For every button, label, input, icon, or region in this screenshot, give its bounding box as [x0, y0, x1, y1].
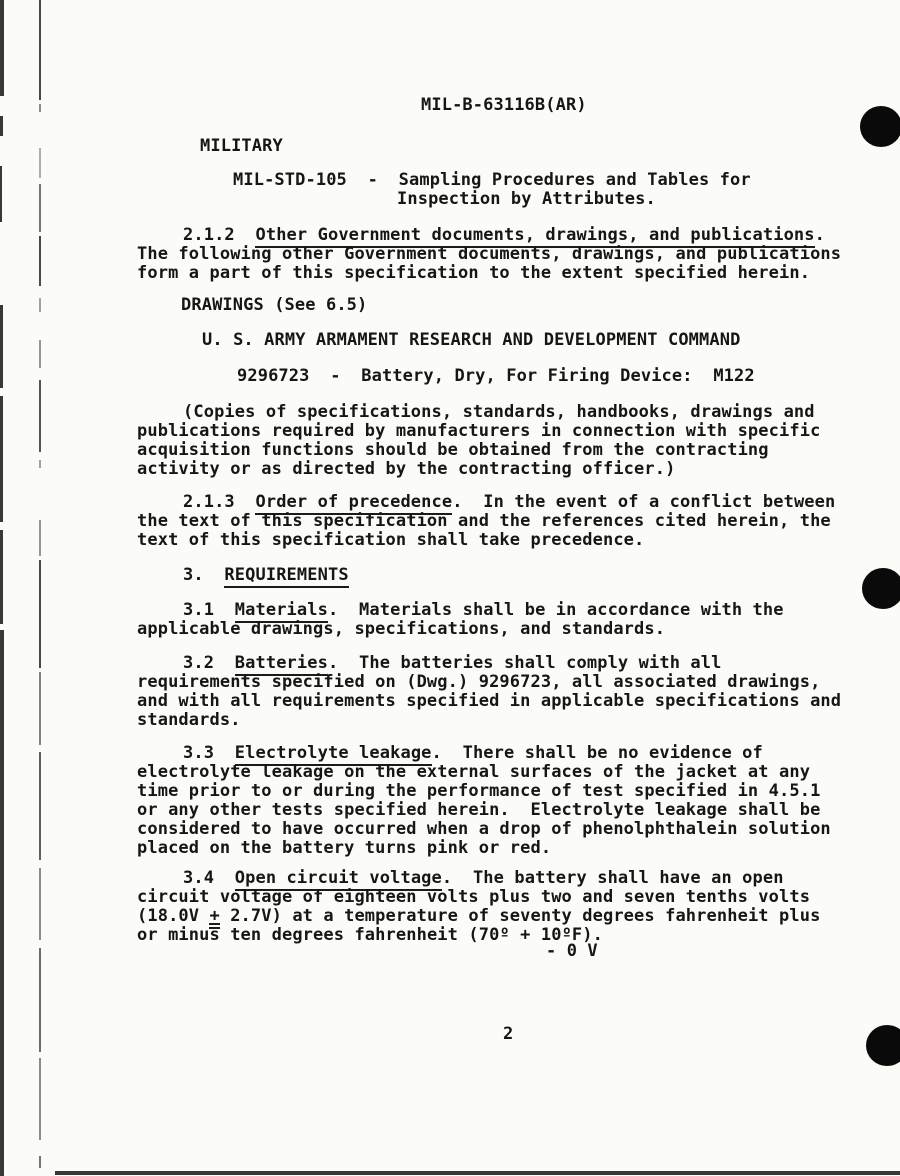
fold-line-artifact	[39, 148, 41, 178]
punch-hole-mark-middle	[862, 568, 900, 609]
fold-line-artifact	[39, 340, 41, 368]
mil-std-105-ref-cont: Inspection by Attributes.	[397, 191, 656, 208]
drawing-9296723-ref: 9296723 - Battery, Dry, For Firing Devic…	[237, 368, 755, 385]
copies-note-l2: publications required by manufacturers i…	[137, 423, 820, 440]
scan-edge-left	[0, 630, 4, 1176]
page-number: 2	[503, 1026, 513, 1043]
fold-line-artifact	[39, 236, 41, 286]
doc-id: MIL-B-63116B(AR)	[421, 97, 587, 114]
para-3-3-l3: time prior to or during the performance …	[137, 783, 820, 800]
para-2-1-2-l1: 2.1.2 Other Government documents, drawin…	[183, 227, 825, 244]
para-2-1-3-l1: 2.1.3 Order of precedence. In the event …	[183, 494, 835, 511]
text-layer: MIL-B-63116B(AR)MILITARYMIL-STD-105 - Sa…	[0, 0, 900, 1176]
para-3-3-l6: placed on the battery turns pink or red.	[137, 840, 551, 857]
fold-line-artifact	[39, 298, 41, 312]
scan-edge-left	[0, 0, 4, 96]
scan-edge-left	[0, 396, 3, 522]
fold-line-artifact	[39, 0, 41, 100]
copies-note-l1: (Copies of specifications, standards, ha…	[183, 404, 815, 421]
scan-edge-left	[0, 530, 3, 624]
para-3-2-l2: requirements specified on (Dwg.) 9296723…	[137, 674, 820, 691]
scan-edge-left	[0, 305, 3, 388]
scan-edge-left	[0, 166, 2, 222]
fold-line-artifact	[39, 184, 41, 232]
fold-line-artifact	[39, 1058, 41, 1140]
fold-line-artifact	[39, 380, 41, 452]
fold-line-artifact	[39, 460, 41, 468]
punch-hole-mark-bottom	[866, 1025, 900, 1066]
fold-line-artifact	[39, 560, 41, 668]
para-3-2-l1: 3.2 Batteries. The batteries shall compl…	[183, 655, 721, 672]
fold-line-artifact	[39, 1156, 41, 1168]
para-3-1-l1: 3.1 Materials. Materials shall be in acc…	[183, 602, 784, 619]
section-3-heading: 3. REQUIREMENTS	[183, 567, 349, 584]
scan-edge-left	[0, 116, 3, 136]
tolerance-minus-line: - 0 V	[546, 943, 598, 960]
para-2-1-3-l3: text of this specification shall take pr…	[137, 532, 644, 549]
para-3-2-l3: and with all requirements specified in a…	[137, 693, 841, 710]
para-3-4-l2: circuit voltage of eighteen volts plus t…	[137, 889, 810, 906]
para-3-4-l1: 3.4 Open circuit voltage. The battery sh…	[183, 870, 784, 887]
fold-line-artifact	[39, 948, 41, 1052]
ardc-heading: U. S. ARMY ARMAMENT RESEARCH AND DEVELOP…	[202, 332, 740, 349]
para-3-2-l4: standards.	[137, 712, 241, 729]
military-heading: MILITARY	[200, 138, 283, 155]
fold-line-artifact	[39, 104, 41, 112]
scan-edge-bottom	[55, 1171, 900, 1175]
para-3-3-l4: or any other tests specified herein. Ele…	[137, 802, 820, 819]
para-3-3-l2: electrolyte leakage on the external surf…	[137, 764, 810, 781]
para-3-3-l1: 3.3 Electrolyte leakage. There shall be …	[183, 745, 763, 762]
para-2-1-3-l2: the text of this specification and the r…	[137, 513, 831, 530]
copies-note-l3: acquisition functions should be obtained…	[137, 442, 769, 459]
para-2-1-2-l3: form a part of this specification to the…	[137, 265, 810, 282]
para-2-1-2-l2: The following other Government documents…	[137, 246, 841, 263]
para-3-4-l3: (18.0V + 2.7V) at a temperature of seven…	[137, 908, 820, 925]
copies-note-l4: activity or as directed by the contracti…	[137, 461, 675, 478]
para-3-3-l5: considered to have occurred when a drop …	[137, 821, 831, 838]
fold-line-artifact	[39, 752, 41, 860]
fold-line-artifact	[39, 868, 41, 940]
fold-line-artifact	[39, 520, 41, 556]
mil-std-105-ref: MIL-STD-105 - Sampling Procedures and Ta…	[233, 172, 751, 189]
punch-hole-mark-top	[860, 106, 900, 147]
drawings-heading: DRAWINGS (See 6.5)	[181, 297, 367, 314]
para-3-4-l4: or minus ten degrees fahrenheit (70º + 1…	[137, 927, 603, 944]
para-3-1-l2: applicable drawings, specifications, and…	[137, 621, 665, 638]
document-page: MIL-B-63116B(AR)MILITARYMIL-STD-105 - Sa…	[0, 0, 900, 1176]
fold-line-artifact	[39, 672, 41, 745]
